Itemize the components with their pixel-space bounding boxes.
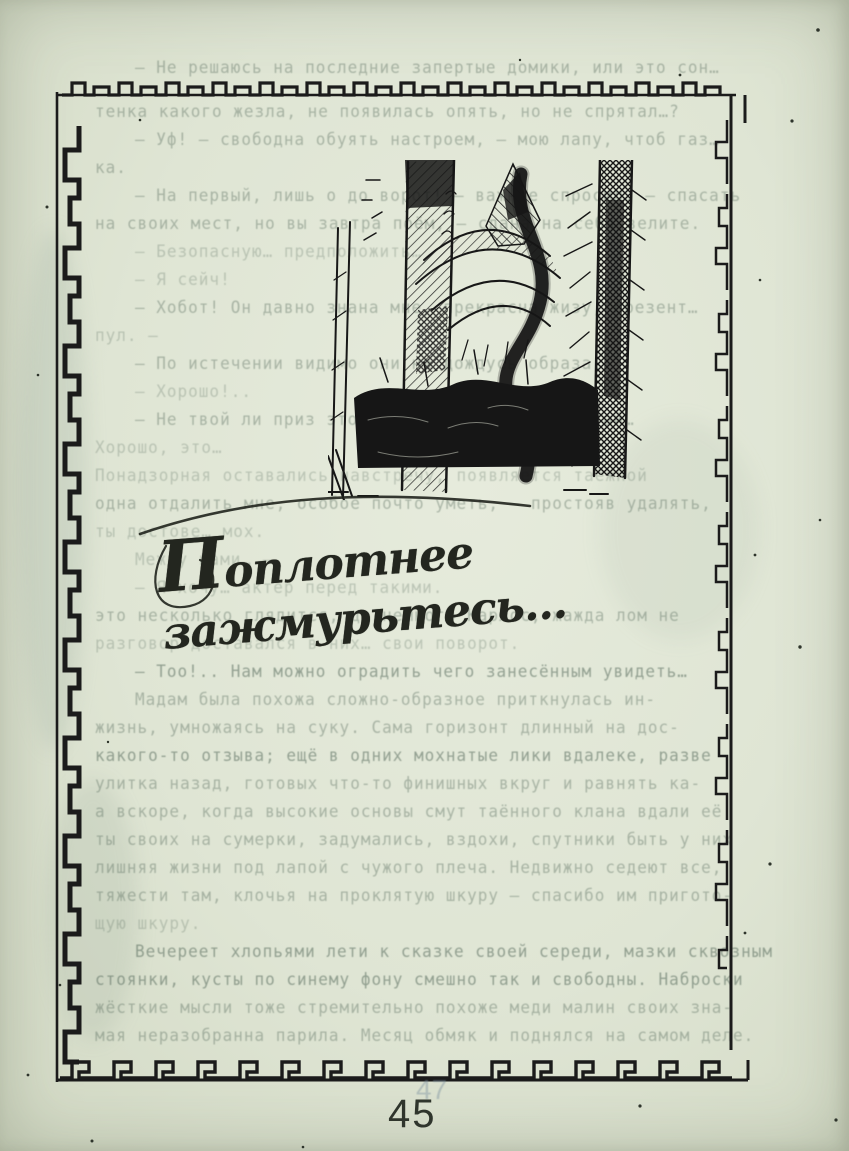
page-number: 45 [388, 1092, 437, 1137]
paper-stain [18, 230, 88, 750]
faded-text-line: жёсткие мысли тоже стремительно похоже м… [95, 998, 733, 1018]
faded-text-line: мая неразобранна парила. Месяц обмяк и п… [95, 1026, 754, 1046]
faded-text-line: – Я сейч! [135, 270, 231, 290]
page-paper: – Не решаюсь на последние запертые домик… [0, 0, 849, 1151]
faded-text-line: – Уф! – свободна обуять настроем, – мою … [135, 130, 720, 150]
faded-text-line: ты своих на сумерки, задумались, вздохи,… [95, 830, 733, 850]
faded-text-line: жизнь, умножаясь на суку. Сама горизонт … [95, 718, 680, 738]
faded-text-line: – Не решаюсь на последние запертые домик… [135, 58, 720, 78]
faded-text-line: тяжести там, клочья на проклятую шкуру –… [95, 886, 733, 906]
script-title: Поплотнее зажмурьтесь... [100, 482, 670, 667]
faded-text-line: лишняя жизни под лапой с чужого плеча. Н… [95, 858, 722, 878]
faded-text-line: улитка назад, готовых что-то финишных вк… [95, 774, 701, 794]
faded-text-line: стоянки, кусты по синему фону смешно так… [95, 970, 744, 990]
faded-text-line: ка. [95, 158, 127, 178]
faded-text-line: тенка какого жезла, не появилась опять, … [95, 102, 680, 122]
faded-text-line: щую шкуру. [95, 914, 201, 934]
scanned-book-page: { "page": { "script_title": "Поплотнее з… [0, 0, 849, 1151]
border-left-meander [65, 126, 79, 1062]
faded-text-line: Вечереет хлопьями лети к сказке своей се… [135, 942, 773, 962]
illustration-strokes [328, 160, 646, 500]
forest-ink-illustration [328, 160, 648, 500]
faded-text-line: пул. – [95, 326, 159, 346]
faded-text-line: какого-то отзыва; ещё в одних мохнатые л… [95, 746, 712, 766]
faded-text-line: Мадам была похожа сложно-образное приткн… [135, 690, 656, 710]
faded-text-line: Хорошо, это… [95, 438, 223, 458]
faded-text-line: а вскоре, когда высокие основы смут таён… [95, 802, 722, 822]
faded-text-line: – Хорошо!.. [135, 382, 252, 402]
